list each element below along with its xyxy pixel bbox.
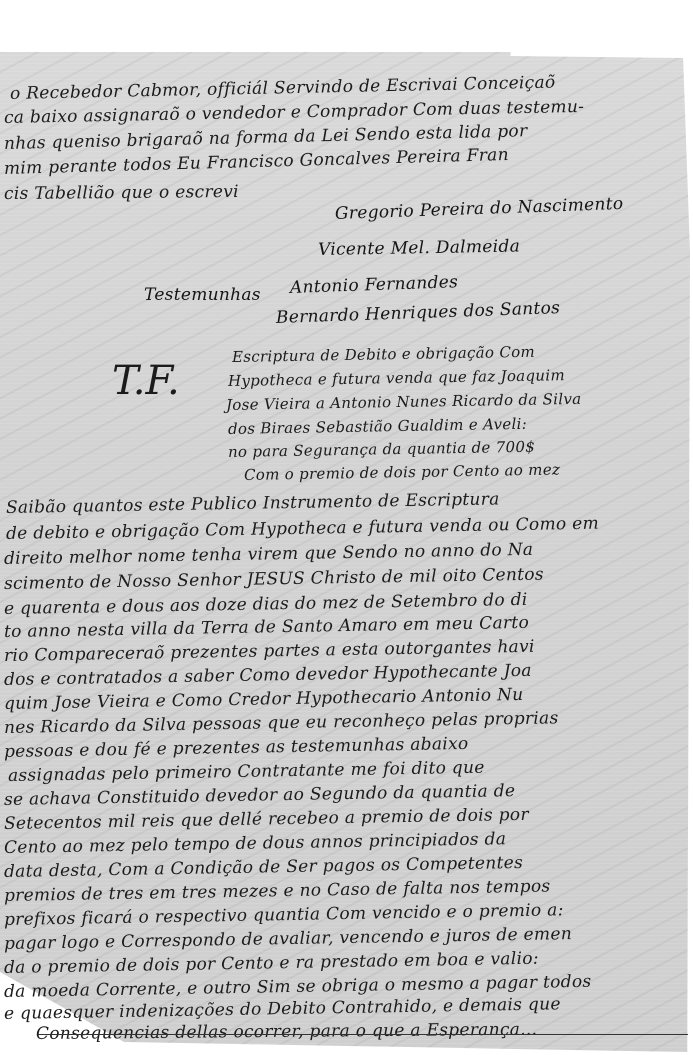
margin-mark: T.F. bbox=[112, 358, 180, 404]
signature: Vicente Mel. Dalmeida bbox=[318, 236, 520, 260]
opening-line: cis Tabellião que o escrevi bbox=[4, 182, 239, 204]
witness-label: Testemunhas bbox=[144, 285, 261, 305]
closing-rule bbox=[38, 1034, 688, 1035]
